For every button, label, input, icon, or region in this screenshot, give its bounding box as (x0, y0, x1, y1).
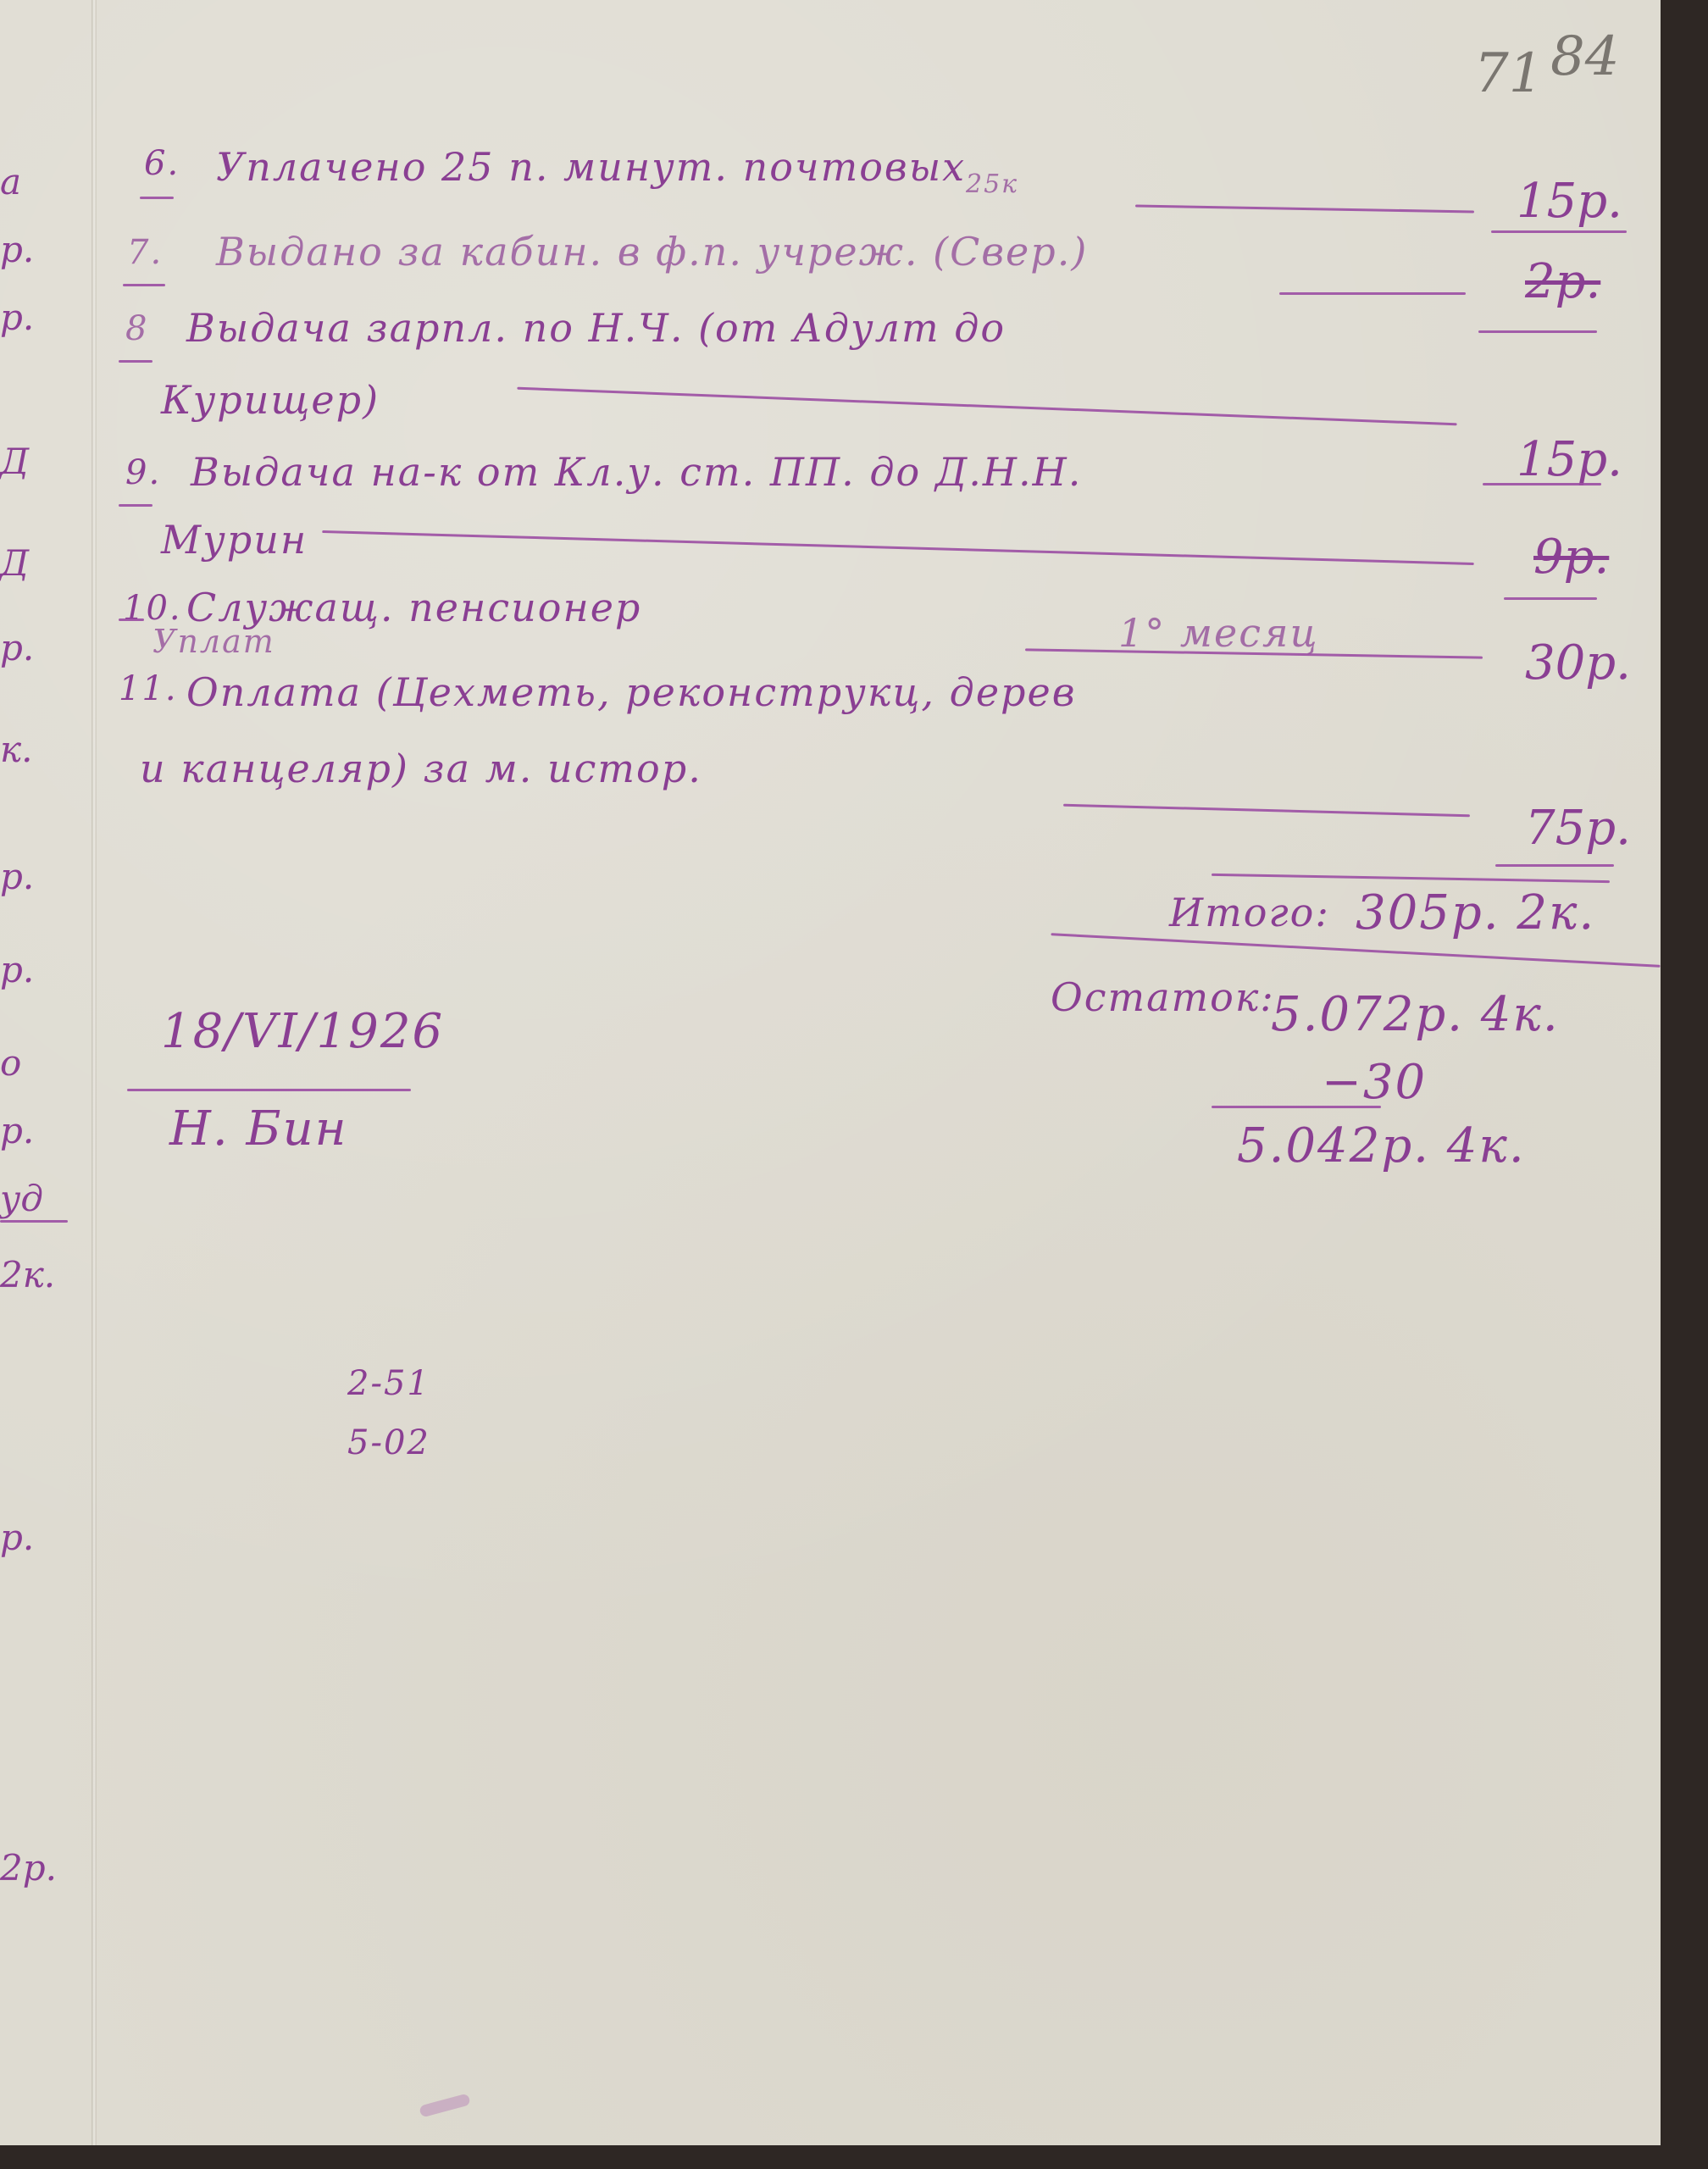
result-value: 5.042р. 4к. (1237, 1118, 1526, 1173)
left-margin-fragment: уд (0, 1178, 43, 1219)
signature: Н. Бин (169, 1101, 348, 1157)
item-text: Выдача зарпл. по Н.Ч. (от Адулт до (186, 305, 1006, 351)
document-page: а р. р. Д Д р. к. р. р. о р. уд 2к. р. 2… (0, 0, 1661, 2145)
item-text: Выдано за кабин. в ф.п. учреж. (Свер.) (216, 229, 1088, 275)
item-text-continued: Курищер) (161, 377, 380, 423)
item-superscript: 25к (966, 169, 1018, 199)
item-amount: 30р. (1525, 635, 1631, 691)
margin-underline (0, 1220, 68, 1223)
left-margin-fragment: Д (0, 441, 29, 482)
leader-line (1279, 292, 1466, 295)
item-number-underline (119, 360, 152, 363)
amount-underline (1478, 330, 1597, 333)
subtract-value: −30 (1322, 1055, 1427, 1110)
left-margin-fragment: р. (0, 856, 34, 897)
document-date: 18/VI/1926 (161, 1004, 444, 1059)
item-number: 7. (127, 233, 163, 272)
left-margin-fragment: р. (0, 297, 34, 338)
left-margin-fragment: р. (0, 1110, 34, 1151)
page-fold-line (91, 0, 97, 2145)
item-number-underline (140, 197, 174, 199)
left-margin-fragment: о (0, 1042, 21, 1084)
page-number-crossed: 71 (1474, 42, 1543, 105)
left-margin-fragment: р. (0, 627, 34, 668)
balance-label: Остаток: (1051, 974, 1275, 1020)
item-text: Оплата (Цехметь, реконструкц, дерев (186, 669, 1077, 715)
item-margin-note: Уплат (152, 623, 275, 660)
amount-underline (1504, 597, 1597, 600)
item-amount: 2р. (1525, 254, 1600, 309)
item-number: 11. (119, 669, 178, 708)
left-margin-fragment: Д (0, 542, 29, 584)
left-margin-fragment: р. (0, 949, 34, 990)
item-number: 8 (125, 309, 148, 348)
item-text-continued: и канцеляр) за м. истор. (140, 746, 702, 791)
leader-line (1063, 804, 1470, 818)
note-number-line2: 5-02 (347, 1423, 430, 1462)
item-amount: 9р. (1533, 530, 1609, 585)
page-number: 71 (1474, 42, 1543, 105)
leader-line (1135, 205, 1474, 214)
total-value: 305р. 2к. (1356, 885, 1595, 940)
item-note: 1° месяц (1118, 610, 1319, 656)
left-margin-fragment: 2р. (0, 1847, 57, 1889)
item-amount: 15р. (1517, 432, 1622, 487)
total-label: Итого: (1169, 890, 1330, 935)
amount-underline (1491, 230, 1627, 233)
item-number-underline (123, 284, 165, 286)
left-margin-fragment: р. (0, 1517, 34, 1558)
left-margin-fragment: к. (0, 729, 32, 770)
leader-line (322, 530, 1474, 565)
subtraction-rule (1212, 1106, 1381, 1108)
page-number-alt: 84 (1550, 25, 1619, 88)
item-number-underline (119, 619, 144, 621)
item-text: Уплачено 25 п. минут. почтовых (216, 144, 966, 190)
item-text: Выдача на-к от Кл.у. ст. ПП. до Д.Н.Н. (191, 449, 1082, 495)
item-number: 9. (125, 453, 161, 492)
amount-underline (1495, 864, 1614, 867)
leader-line (517, 387, 1456, 426)
amount-underline (1483, 483, 1601, 485)
item-amount: 75р. (1525, 801, 1631, 856)
left-margin-fragment: а (0, 161, 21, 202)
balance-value: 5.072р. 4к. (1271, 987, 1560, 1042)
date-underline (127, 1089, 411, 1091)
left-margin-fragment: 2к. (0, 1254, 55, 1295)
item-text-continued: Мурин (161, 517, 308, 563)
ink-smudge (419, 2093, 471, 2117)
total-rule (1212, 874, 1610, 883)
item-number-underline (119, 504, 152, 507)
left-margin-fragment: р. (0, 229, 34, 270)
item-number: 6. (144, 144, 180, 183)
item-amount: 15р. (1517, 174, 1622, 229)
note-number-line1: 2-51 (347, 1364, 430, 1403)
